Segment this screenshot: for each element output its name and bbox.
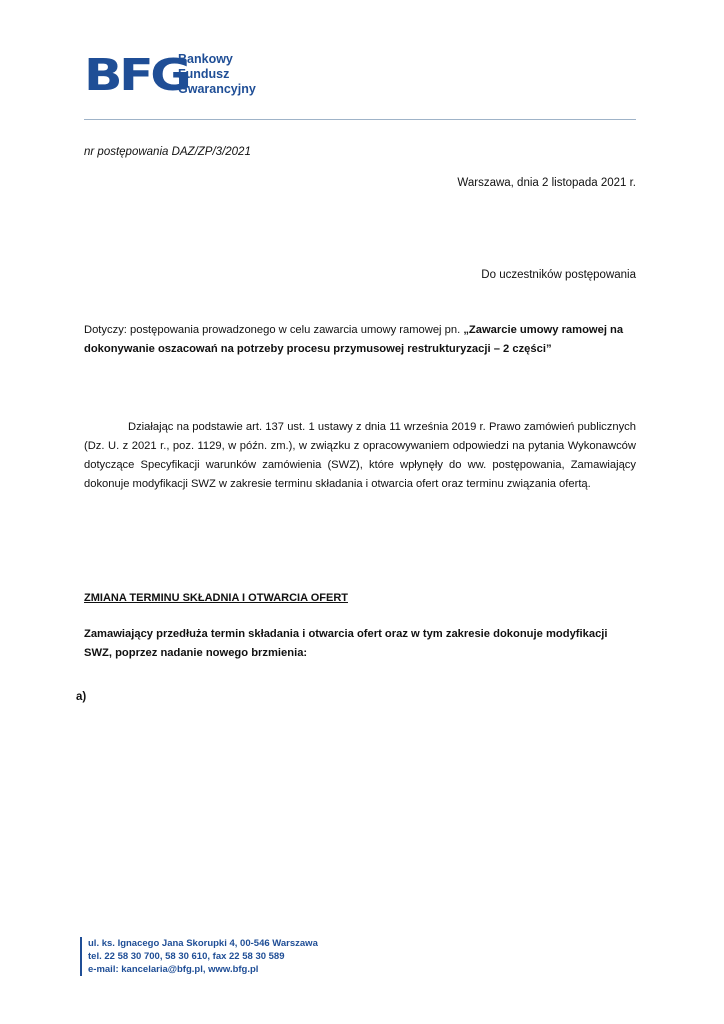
subject: Dotyczy: postępowania prowadzonego w cel… <box>84 321 636 359</box>
item-label: a) <box>76 688 86 707</box>
reference-number: nr postępowania DAZ/ZP/3/2021 <box>84 143 251 162</box>
section-heading: ZMIANA TERMINU SKŁADNIA I OTWARCIA OFERT <box>84 589 348 608</box>
bfg-logo: BFG Bankowy Fundusz Gwarancyjny <box>84 54 175 98</box>
logo-line-2: Fundusz <box>178 67 256 82</box>
footer-contact: ul. ks. Ignacego Jana Skorupki 4, 00-546… <box>80 937 318 976</box>
footer-email: e-mail: kancelaria@bfg.pl, www.bfg.pl <box>88 963 318 976</box>
place-date: Warszawa, dnia 2 listopada 2021 r. <box>457 174 636 193</box>
logo-text: Bankowy Fundusz Gwarancyjny <box>178 52 256 97</box>
header-divider <box>84 119 636 120</box>
section-lead: Zamawiający przedłuża termin składania i… <box>84 625 636 663</box>
logo-line-1: Bankowy <box>178 52 256 67</box>
body-text: Działając na podstawie art. 137 ust. 1 u… <box>84 421 636 490</box>
body-paragraph: Działając na podstawie art. 137 ust. 1 u… <box>84 418 636 494</box>
logo-line-3: Gwarancyjny <box>178 82 256 97</box>
subject-prefix: Dotyczy: postępowania prowadzonego w cel… <box>84 324 463 336</box>
footer-phone: tel. 22 58 30 700, 58 30 610, fax 22 58 … <box>88 950 318 963</box>
footer-address: ul. ks. Ignacego Jana Skorupki 4, 00-546… <box>88 937 318 950</box>
logo-mark: BFG <box>84 54 188 98</box>
addressee: Do uczestników postępowania <box>481 266 636 285</box>
